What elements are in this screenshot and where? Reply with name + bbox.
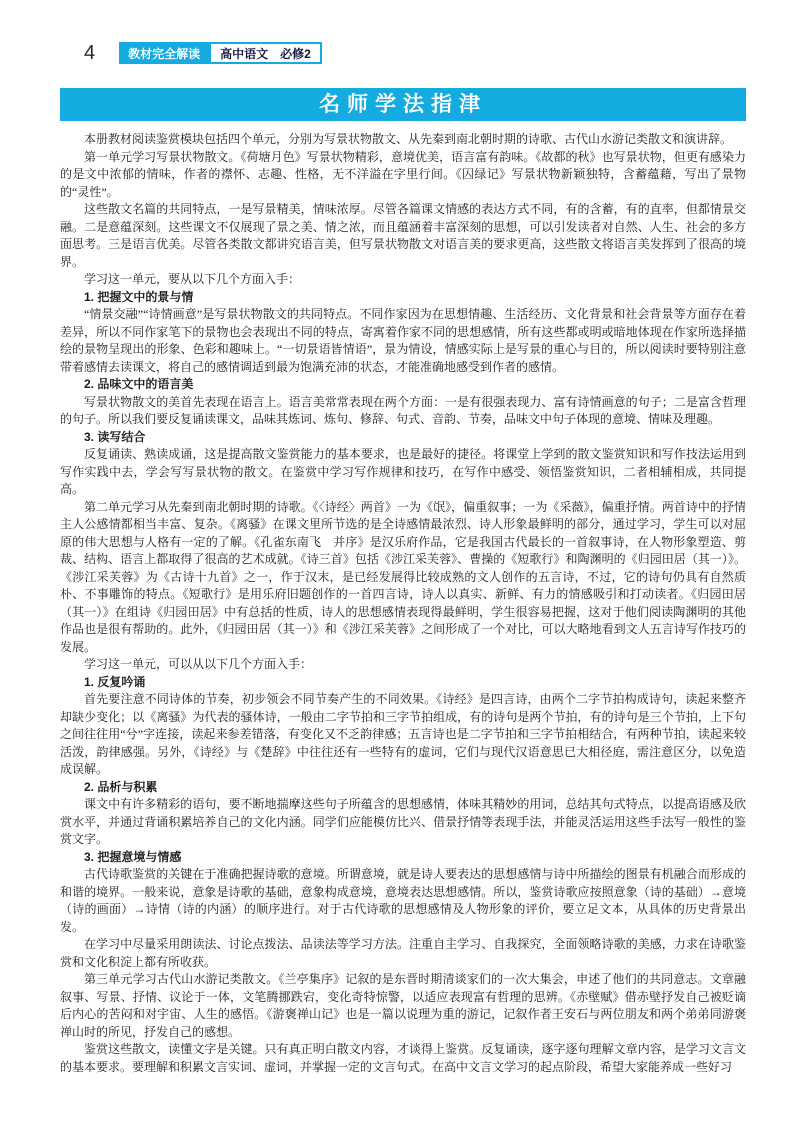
paragraph: 在学习中尽量采用朗读法、讨论点拨法、品读法等学习方法。注重自主学习、自我探究，全… xyxy=(60,936,746,971)
section-heading: 3. 把握意境与情感 xyxy=(60,849,746,867)
paragraph: 写景状物散文的美首先表现在语言上。语言美常常表现在两个方面：一是有很强表现力、富… xyxy=(60,394,746,429)
paragraph: 本册教材阅读鉴赏模块包括四个单元，分别为写景状物散文、从先秦到南北朝时期的诗歌、… xyxy=(60,131,746,149)
paragraph: 第一单元学习写景状物散文。《荷塘月色》写景状物精彩，意境优美，语言富有韵味。《故… xyxy=(60,149,746,202)
paragraph: 第三单元学习古代山水游记类散文。《兰亭集序》记叙的是东晋时期清谈家们的一次大集会… xyxy=(60,971,746,1041)
paragraph: 课文中有许多精彩的语句，要不断地揣摩这些句子所蕴含的思想感情，体味其精妙的用词，… xyxy=(60,796,746,849)
header-badges: 教材完全解读 高中语文 必修2 xyxy=(119,42,322,64)
paragraph: 古代诗歌鉴赏的关键在于准确把握诗歌的意境。所谓意境，就是诗人要表达的思想感情与诗… xyxy=(60,866,746,936)
section-heading: 2. 品味文中的语言美 xyxy=(60,376,746,394)
paragraph: “情景交融”“诗情画意”是写景状物散文的共同特点。不同作家因为在思想情趣、生活经… xyxy=(60,306,746,376)
subject-badge: 高中语文 必修2 xyxy=(209,42,322,64)
section-heading: 3. 读写结合 xyxy=(60,429,746,447)
book-page: 4 教材完全解读 高中语文 必修2 名师学法指津 本册教材阅读鉴赏模块包括四个单… xyxy=(0,0,800,1125)
page-number: 4 xyxy=(84,42,95,64)
paragraph: 鉴赏这些散文，读懂文字是关键。只有真正明白散文内容，才谈得上鉴赏。反复诵读，逐字… xyxy=(60,1041,746,1076)
section-heading: 1. 反复吟诵 xyxy=(60,674,746,692)
article-body: 本册教材阅读鉴赏模块包括四个单元，分别为写景状物散文、从先秦到南北朝时期的诗歌、… xyxy=(60,131,746,1076)
paragraph: 学习这一单元，可以从以下几个方面入手： xyxy=(60,656,746,674)
paragraph: 第二单元学习从先秦到南北朝时期的诗歌。《〈诗经〉两首》一为《氓》，偏重叙事；一为… xyxy=(60,499,746,657)
paragraph: 反复诵读、熟读成诵，这是提高散文鉴赏能力的基本要求，也是最好的捷径。将课堂上学到… xyxy=(60,446,746,499)
paragraph: 首先要注意不同诗体的节奏，初步领会不同节奏产生的不同效果。《诗经》是四言诗，由两… xyxy=(60,691,746,779)
section-heading: 2. 品析与积累 xyxy=(60,779,746,797)
page-header: 4 教材完全解读 高中语文 必修2 xyxy=(84,42,322,64)
section-banner-title: 名师学法指津 xyxy=(60,88,746,121)
paragraph: 这些散文名篇的共同特点，一是写景精美，情味浓厚。尽管各篇课文情感的表达方式不同，… xyxy=(60,201,746,271)
section-heading: 1. 把握文中的景与情 xyxy=(60,289,746,307)
series-badge: 教材完全解读 xyxy=(119,42,209,64)
paragraph: 学习这一单元，要从以下几个方面入手： xyxy=(60,271,746,289)
